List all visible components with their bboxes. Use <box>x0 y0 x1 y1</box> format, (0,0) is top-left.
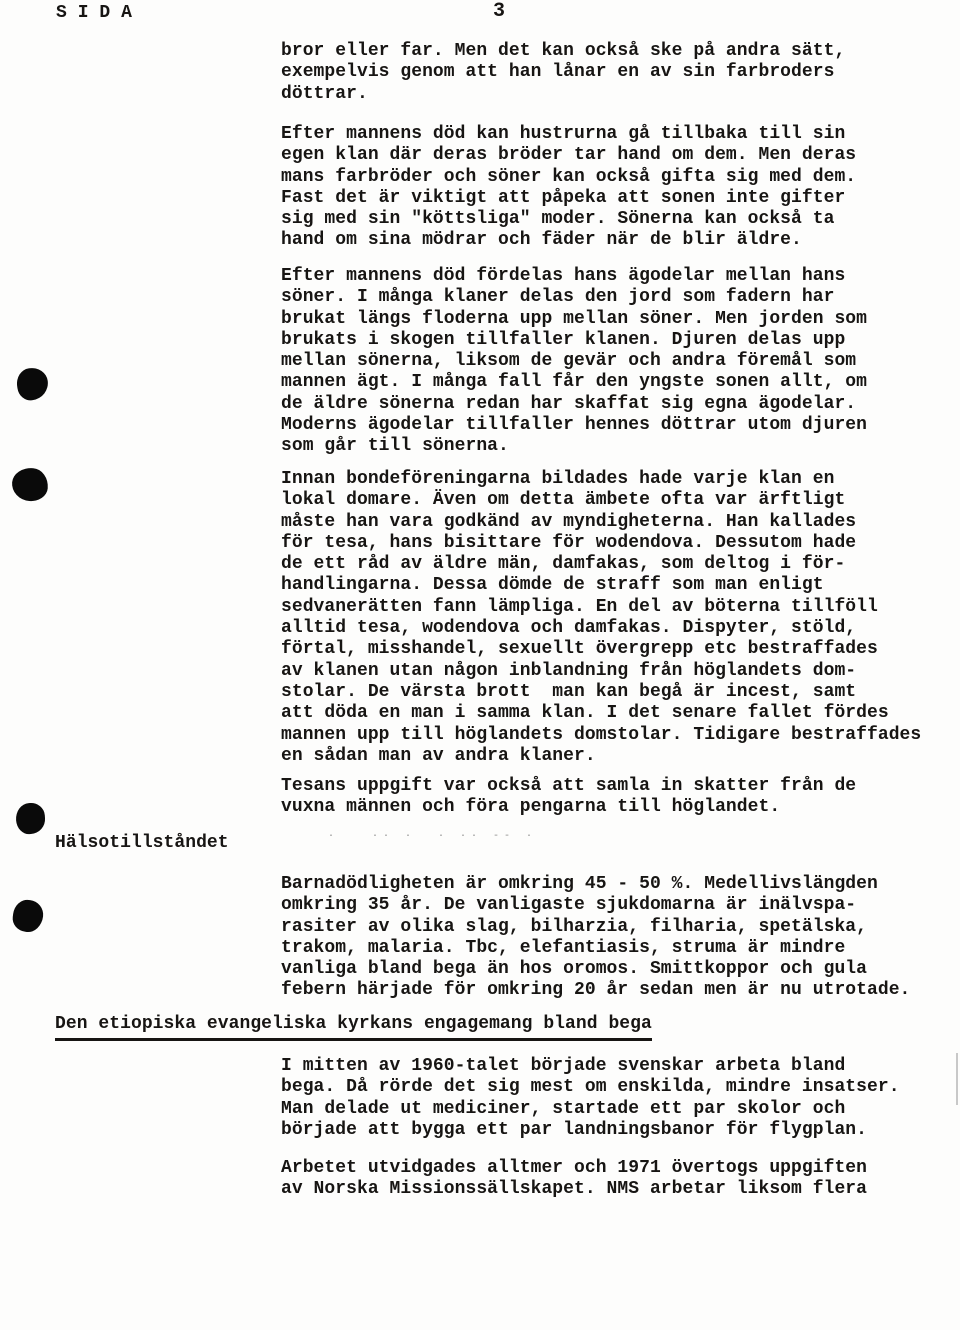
ink-blot-mark <box>11 898 45 933</box>
section-heading-church-engagement: Den etiopiska evangeliska kyrkans engage… <box>55 1014 652 1041</box>
paragraph-tesa-taxes: Tesans uppgift var också att samla in sk… <box>281 776 856 819</box>
paragraph-clan-judges: Innan bondeföreningarna bildades hade va… <box>281 469 921 767</box>
paragraph-marriage-intro: bror eller far. Men det kan också ske på… <box>281 41 845 105</box>
page-number: 3 <box>493 1 505 22</box>
paragraph-inheritance: Efter mannens död fördelas hans ägodelar… <box>281 266 867 458</box>
paragraph-nms-work: Arbetet utvidgades alltmer och 1971 över… <box>281 1158 867 1201</box>
paragraph-health: Barnadödligheten är omkring 45 - 50 %. M… <box>281 874 910 1002</box>
document-label: S I D A <box>56 3 132 24</box>
ink-blot-mark <box>15 366 50 402</box>
ink-blot-mark <box>11 466 50 502</box>
scan-noise-marks: · ·· · · ·· -- · <box>328 831 537 842</box>
scanned-document-page: S I D A 3 bror eller far. Men det kan oc… <box>0 0 960 1330</box>
scan-edge-streak <box>956 1053 958 1105</box>
margin-heading-health: Hälsotillståndet <box>55 833 229 854</box>
paragraph-swedish-work: I mitten av 1960-talet började svenskar … <box>281 1056 900 1141</box>
ink-blot-mark <box>15 802 46 835</box>
paragraph-widows: Efter mannens död kan hustrurna gå tillb… <box>281 124 856 252</box>
